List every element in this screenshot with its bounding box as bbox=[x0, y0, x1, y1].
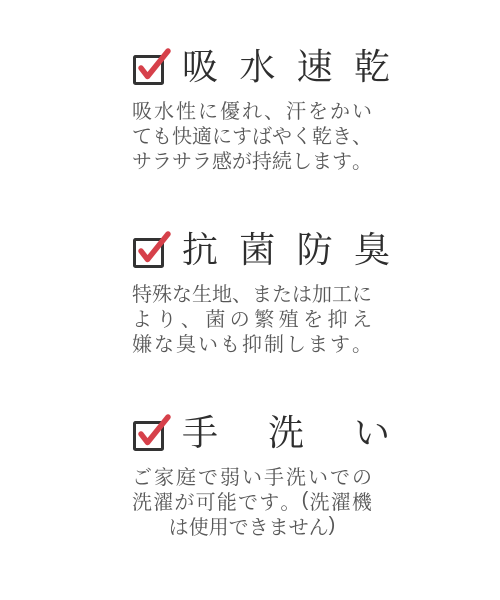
feature-header: 抗菌防臭 bbox=[132, 231, 390, 269]
feature-section-quickdry: 吸水速乾 吸水性に優れ、汗をかい ても快適にすばやく乾き、 サラサラ感が持続しま… bbox=[132, 48, 390, 172]
feature-section-antibacterial: 抗菌防臭 特殊な生地、または加工に より、菌の繁殖を抑え 嫌な臭いも抑制します。 bbox=[132, 231, 390, 355]
feature-header: 手洗い bbox=[132, 414, 390, 452]
description-line: ても快適にすばやく乾き、 bbox=[132, 122, 372, 147]
feature-title: 手洗い bbox=[182, 414, 390, 452]
description-line: 嫌な臭いも抑制します。 bbox=[132, 330, 372, 355]
feature-header: 吸水速乾 bbox=[132, 48, 390, 86]
feature-description: 特殊な生地、または加工に より、菌の繁殖を抑え 嫌な臭いも抑制します。 bbox=[132, 280, 372, 355]
description-line: 洗濯が可能です。(洗濯機 bbox=[132, 488, 372, 513]
feature-description: 吸水性に優れ、汗をかい ても快適にすばやく乾き、 サラサラ感が持続します。 bbox=[132, 97, 372, 172]
feature-list: 吸水速乾 吸水性に優れ、汗をかい ても快適にすばやく乾き、 サラサラ感が持続しま… bbox=[132, 48, 390, 538]
feature-section-handwash: 手洗い ご家庭で弱い手洗いでの 洗濯が可能です。(洗濯機 は使用できません) bbox=[132, 414, 390, 538]
feature-description: ご家庭で弱い手洗いでの 洗濯が可能です。(洗濯機 は使用できません) bbox=[132, 463, 372, 538]
feature-title: 抗菌防臭 bbox=[182, 231, 390, 269]
description-line: 吸水性に優れ、汗をかい bbox=[132, 97, 372, 122]
description-line: ご家庭で弱い手洗いでの bbox=[132, 463, 372, 488]
checked-checkbox-icon bbox=[132, 231, 172, 269]
description-line: は使用できません) bbox=[132, 513, 372, 538]
checked-checkbox-icon bbox=[132, 48, 172, 86]
checked-checkbox-icon bbox=[132, 414, 172, 452]
description-line: サラサラ感が持続します。 bbox=[132, 147, 372, 172]
feature-title: 吸水速乾 bbox=[182, 48, 390, 86]
description-line: より、菌の繁殖を抑え bbox=[132, 305, 372, 330]
description-line: 特殊な生地、または加工に bbox=[132, 280, 372, 305]
